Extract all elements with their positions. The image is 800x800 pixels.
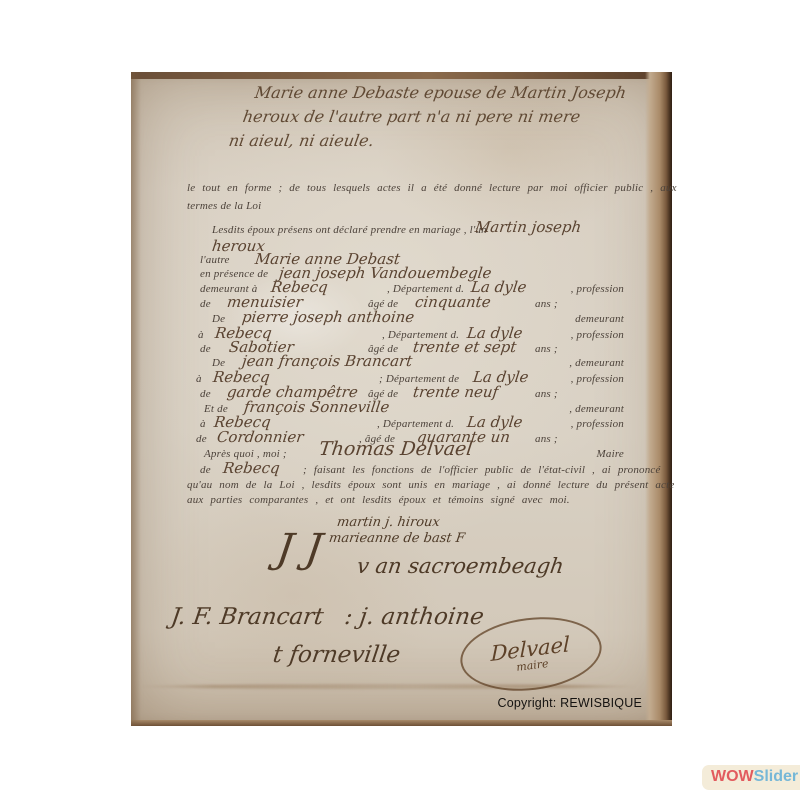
marginal-note-line2: heroux de l'autre part n'a ni pere ni me… [242,108,582,125]
witness2-signature: J. F. Brancart : j. anthoine [170,610,485,625]
printed-text: demeurant [575,313,624,326]
act-line: qu'au nom de la Loi , lesdits époux sont… [187,479,624,495]
printed-text: ans ; [535,388,558,401]
wowslider-watermark-link[interactable]: WOWSlider [702,765,800,790]
copyright-label: Copyright: REWISBIQUE [497,696,642,710]
printed-text: , profession [571,283,624,296]
handwritten-name: Martin joseph [474,220,582,235]
handwritten-text: trente neuf [412,385,499,400]
printed-text: Lesdits époux présens ont déclaré prendr… [212,224,487,237]
paper-crease [139,684,638,689]
act-line: aux parties comparantes , et ont lesdits… [187,494,624,510]
printed-text: ans ; [535,343,558,356]
printed-text: Maire [597,448,624,461]
groom-signature: martin j. hiroux [336,515,441,530]
mayor-signature-name: Delvael [491,632,570,666]
handwritten-name: jean françois Brancart [241,354,413,369]
act-line: termes de la Loi [187,200,624,216]
act-line: heroux [187,239,624,255]
printed-text: , profession [571,373,624,386]
printed-text: le tout en forme ; de tous lesquels acte… [187,182,677,195]
printed-text: , profession [571,329,624,342]
act-line: de Rebecq ; faisant les fonctions de l'o… [187,464,624,480]
printed-text: à [198,329,204,342]
handwritten-name: pierre joseph anthoine [241,310,415,325]
marginal-note-line3: ni aieul, ni aieule. [228,132,376,149]
printed-text: de [196,433,207,446]
printed-text: à [196,373,202,386]
act-line: en présence de jean joseph Vandouembegle [187,268,624,284]
bride-signature: marieanne de bast F [328,531,466,546]
printed-text: , profession [571,418,624,431]
book-page-edge [645,72,672,726]
page-left-shadow [131,72,141,726]
signature-flourish: J J [276,542,323,557]
wowslider-wow-text: WOW [711,768,754,785]
printed-text: aux parties comparantes , et ont lesdits… [187,494,570,507]
page-bottom-edge [131,720,672,726]
printed-text: ; faisant les fonctions de l'officier pu… [303,464,661,477]
printed-text: à [200,418,206,431]
printed-text: , demeurant [569,403,624,416]
printed-text: ans ; [535,298,558,311]
act-line: le tout en forme ; de tous lesquels acte… [187,182,624,198]
handwritten-place: Rebecq [222,461,280,476]
witness1-signature: v an sacroembeagh [356,559,565,574]
printed-text: ans ; [535,433,558,446]
page-top-edge [131,72,672,79]
printed-text: de [200,343,211,356]
record-photo: Marie anne Debaste epouse de Martin Jose… [131,72,672,726]
mayor-name-handwritten: Thomas Delvael [318,442,473,457]
printed-text: qu'au nom de la Loi , lesdits époux sont… [187,479,674,492]
handwritten-text: cinquante [414,295,491,310]
wowslider-slider-text: Slider [754,768,798,785]
marginal-note-line1: Marie anne Debaste epouse de Martin Jose… [254,84,628,101]
handwritten-text: Cordonnier [216,430,304,445]
printed-text: en présence de [200,268,268,281]
printed-text: de [200,298,211,311]
printed-text: termes de la Loi [187,200,261,213]
witness2b-name: : j. anthoine [343,604,486,630]
printed-text: , demeurant [569,357,624,370]
witness2-name: J. F. Brancart [169,604,325,630]
printed-text: de [200,388,211,401]
handwritten-text: trente et sept [412,340,517,355]
printed-text: l'autre [200,254,230,267]
witness3-signature: t forneville [272,648,401,663]
printed-text: de [200,464,211,477]
